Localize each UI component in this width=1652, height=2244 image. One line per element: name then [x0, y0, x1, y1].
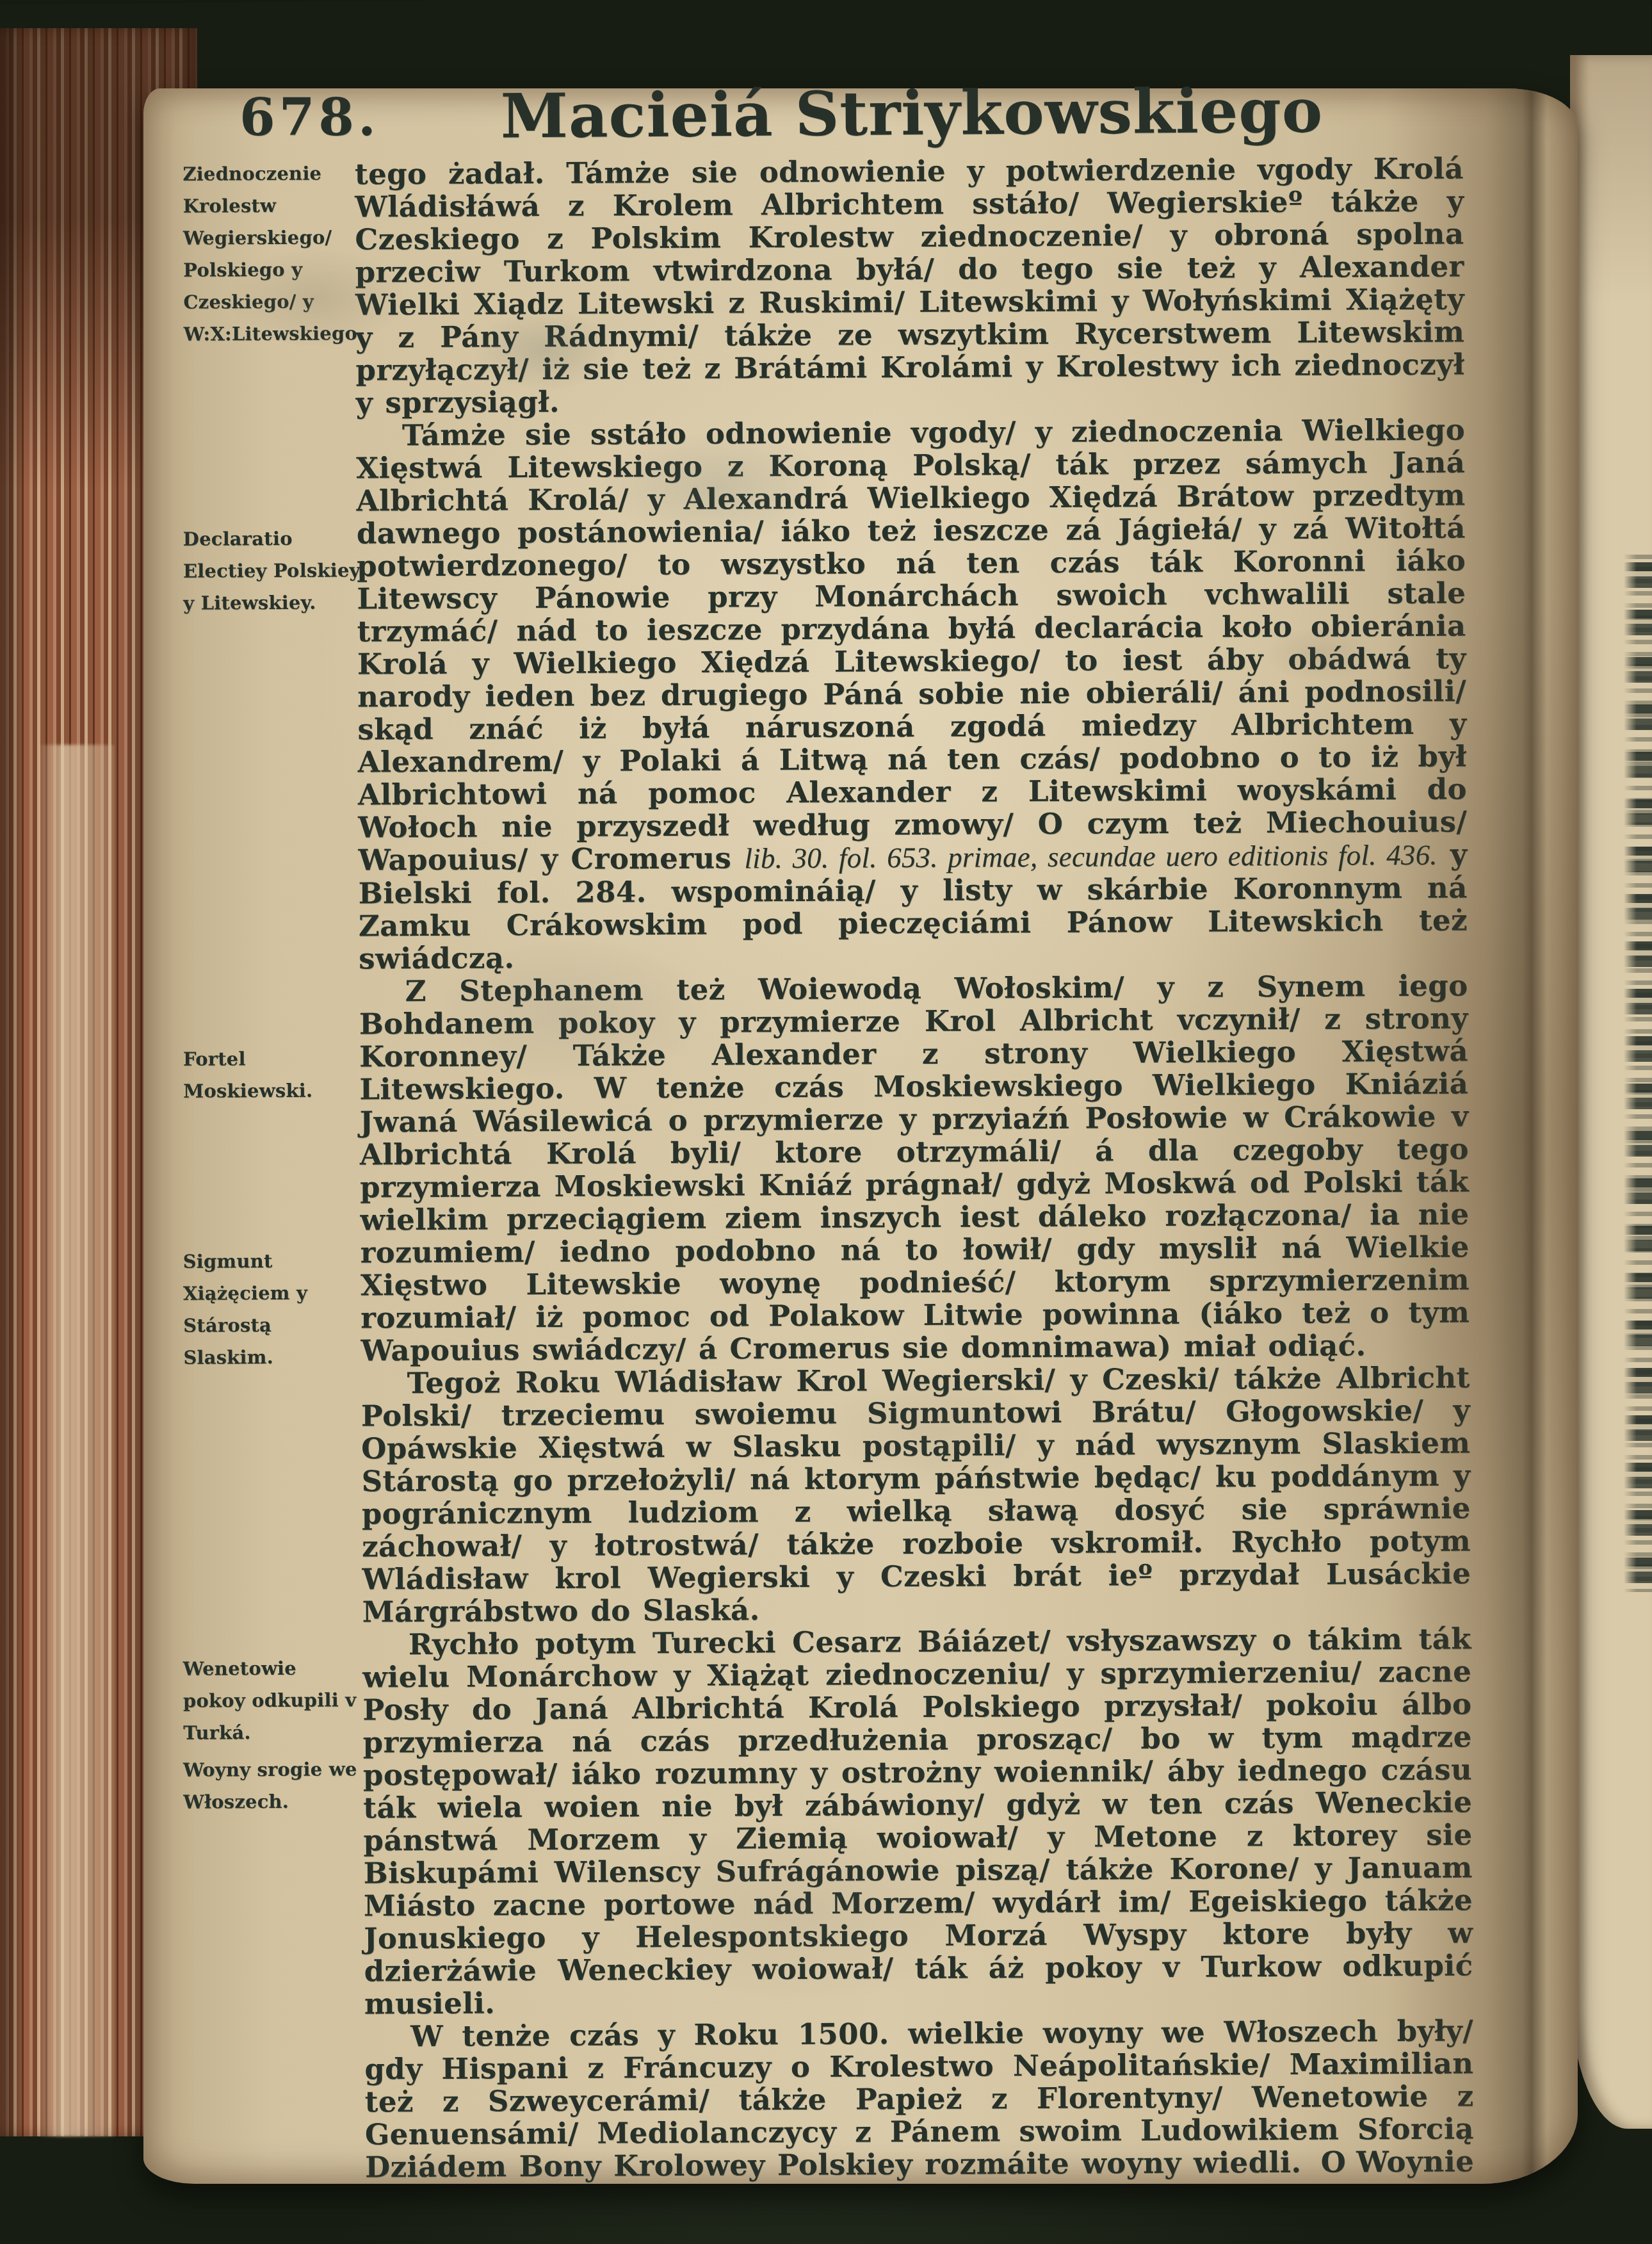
running-head: Macieiá Striykowskiego [412, 75, 1412, 153]
page-number: 678. [239, 87, 380, 147]
page-edge-highlight [37, 745, 114, 2136]
facing-page-text-edge [1624, 555, 1652, 1592]
margin-note: Sigmunt Xiążęciem y Stárostą Slaskim. [182, 1244, 364, 1373]
latin-citation: lib. 30. fol. 653. primae, secundae uero… [744, 839, 1437, 875]
margin-note: Fortel Moskiewski. [183, 1042, 364, 1107]
book-page: 678. Macieiá Striykowskiego Ziednoczenie… [143, 88, 1578, 2184]
margin-note: Wenetowie pokoy odkupili v Turká. [183, 1652, 364, 1748]
book-scan: 678. Macieiá Striykowskiego Ziednoczenie… [0, 0, 1652, 2244]
paragraph: tego żadał. Támże sie odnowienie y potwi… [355, 152, 1465, 419]
facing-page-sliver [1570, 55, 1652, 2129]
margin-note: Woyny srogie we Włoszech. [183, 1753, 364, 1817]
text-column: tego żadał. Támże sie odnowienie y potwi… [355, 152, 1475, 2183]
paragraph: Tegoż Roku Wládisław Krol Wegierski/ y C… [361, 1361, 1471, 1628]
paragraph-text: Támże sie sstáło odnowienie vgody/ y zie… [356, 412, 1467, 877]
paragraph: Rychło potym Turecki Cesarz Báiázet/ vsł… [362, 1622, 1473, 2020]
paragraph: Támże sie sstáło odnowienie vgody/ y zie… [356, 413, 1468, 975]
paragraph: Z Stephanem też Woiewodą Wołoskim/ y z S… [359, 969, 1470, 1367]
margin-note: Declaratio Electiey Polskiey y Litewskie… [183, 522, 364, 619]
margin-note: Ziednoczenie Krolestw Wegierskiego/ Pols… [182, 157, 364, 350]
